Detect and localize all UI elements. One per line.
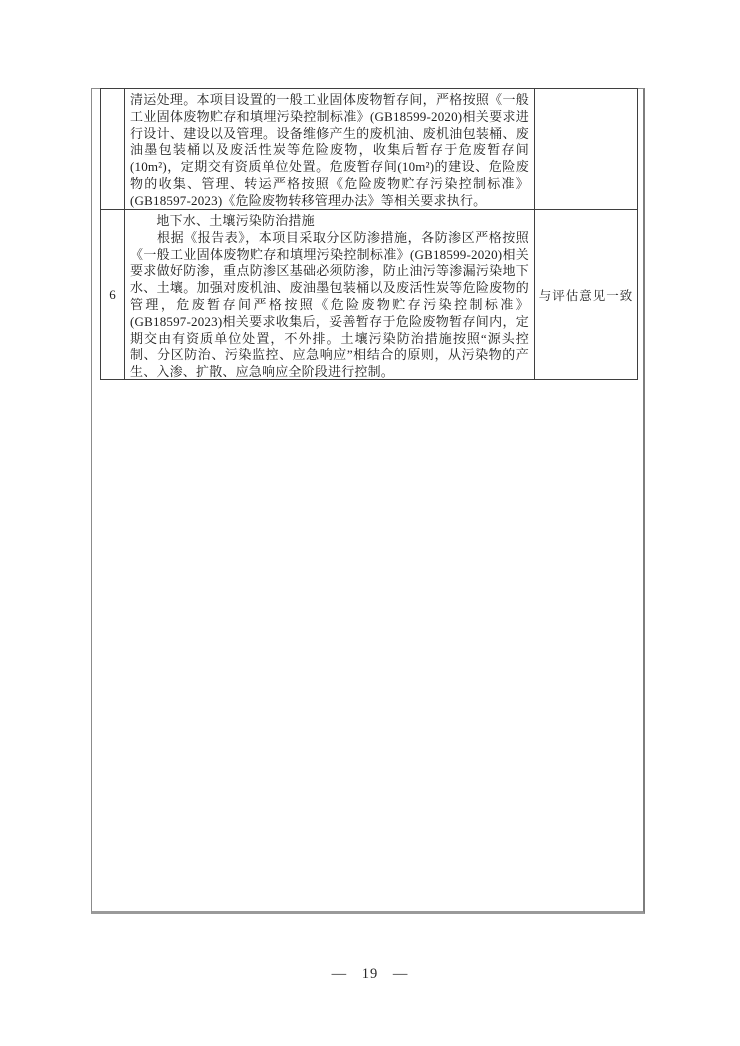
text-line: 水、土壤。加强对废机油、废油墨包装桶以及废活性炭等危险废物的 (130, 280, 529, 297)
page-number: — 19 — (0, 966, 740, 983)
text-line: 行设计、建设以及管理。设备维修产生的废机油、废机油包装桶、废 (130, 126, 529, 143)
text-line: 根据《报告表》，本项目采取分区防渗措施，各防渗区严格按照 (130, 230, 529, 247)
text-line: 地下水、土壤污染防治措施 (130, 213, 529, 230)
text-line: 制、分区防治、污染监控、应急响应”相结合的原则，从污染物的产 (130, 347, 529, 364)
text-line: 期交由有资质单位处置，不外排。土壤污染防治措施按照“源头控 (130, 331, 529, 348)
text-line: 《一般工业固体废物贮存和填埋污染控制标准》(GB18599-2020)相关 (130, 247, 529, 264)
text-line: 管理，危废暂存间严格按照《危险废物贮存污染控制标准》 (130, 297, 529, 314)
text-line: (GB18597-2023)相关要求收集后，妥善暂存于危险废物暂存间内，定 (130, 314, 529, 331)
table-row: 6 地下水、土壤污染防治措施 根据《报告表》，本项目采取分区防渗措施，各防渗区严… (101, 209, 637, 379)
text-line: 工业固体废物贮存和填埋污染控制标准》(GB18599-2020)相关要求进 (130, 109, 529, 126)
text-line: 清运处理。本项目设置的一般工业固体废物暂存间，严格按照《一般 (130, 92, 529, 109)
row-comment-cell: 与评估意见一致 (535, 210, 637, 379)
text-line: (GB18597-2023)《危险废物转移管理办法》等相关要求执行。 (130, 193, 529, 209)
text-line: (10m²)，定期交有资质单位处置。危废暂存间(10m²)的建设、危险废 (130, 159, 529, 176)
text-line: 要求做好防渗，重点防渗区基础必须防渗，防止油污等渗漏污染地下 (130, 263, 529, 280)
text-line: 油墨包装桶以及废活性炭等危险废物，收集后暂存于危废暂存间 (130, 142, 529, 159)
text-line: 生、入渗、扩散、应急响应全阶段进行控制。 (130, 364, 529, 379)
row-number-cell (101, 89, 125, 209)
row-content-cell: 清运处理。本项目设置的一般工业固体废物暂存间，严格按照《一般工业固体废物贮存和填… (125, 89, 535, 209)
text-line: 物的收集、管理、转运严格按照《危险废物贮存污染控制标准》 (130, 176, 529, 193)
row-comment-cell (535, 89, 637, 209)
document-page: 清运处理。本项目设置的一般工业固体废物暂存间，严格按照《一般工业固体废物贮存和填… (0, 0, 740, 1046)
row-number-cell: 6 (101, 210, 125, 379)
review-table: 清运处理。本项目设置的一般工业固体废物暂存间，严格按照《一般工业固体废物贮存和填… (100, 88, 638, 380)
table-row: 清运处理。本项目设置的一般工业固体废物暂存间，严格按照《一般工业固体废物贮存和填… (101, 89, 637, 209)
row-content-cell: 地下水、土壤污染防治措施 根据《报告表》，本项目采取分区防渗措施，各防渗区严格按… (125, 210, 535, 379)
